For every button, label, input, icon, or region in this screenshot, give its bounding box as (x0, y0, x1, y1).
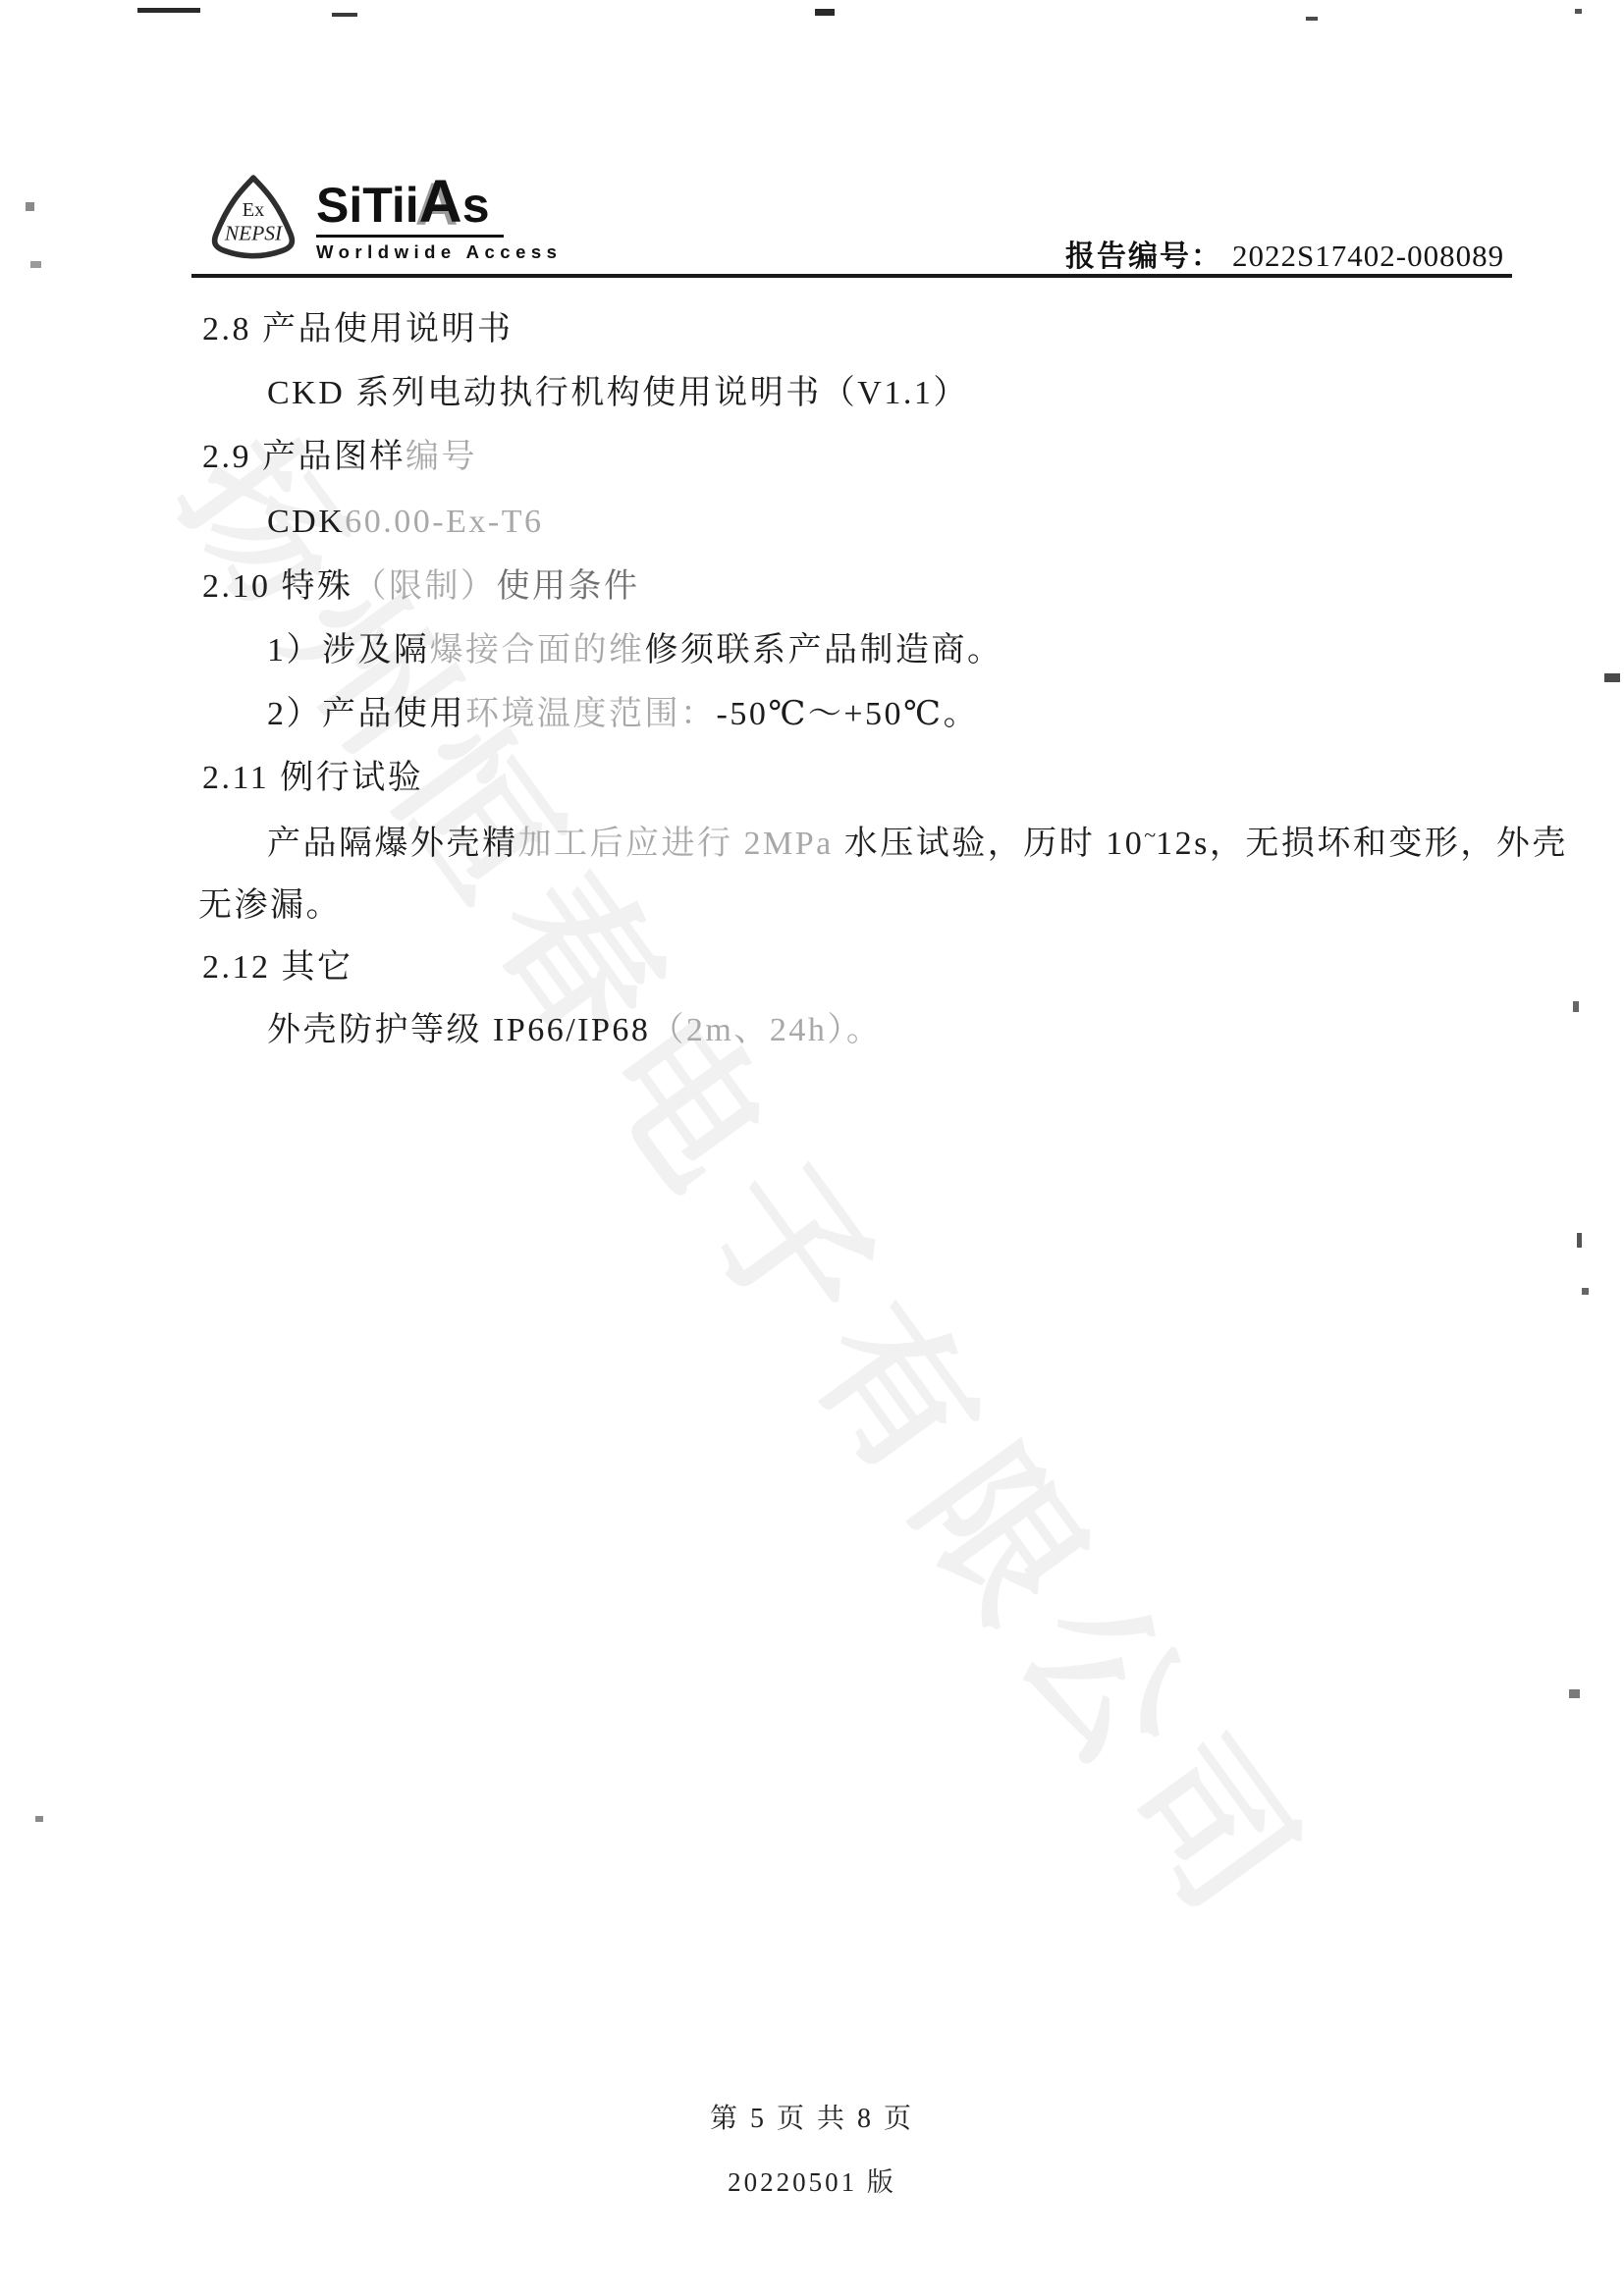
wordmark-left: SiTii (316, 178, 419, 233)
scan-speck (137, 8, 200, 13)
section-2-9-body: CDK60.00-Ex-T6 (267, 503, 543, 541)
scan-speck (35, 1816, 43, 1822)
scan-speck (30, 261, 41, 268)
section-2-11-heading: 2.11 例行试验 (202, 759, 423, 797)
report-number-label: 报告编号： (1065, 240, 1222, 273)
brand-tagline: Worldwide Access (316, 241, 562, 263)
page-indicator: 第 5 页 共 8 页 (0, 2097, 1624, 2136)
section-2-10-item-2: 2）产品使用环境温度范围：-50℃～+50℃。 (267, 695, 979, 733)
wordmark-right: s (462, 178, 490, 233)
report-number-line: 报告编号：2022S17402-008089 (1065, 232, 1504, 275)
badge-ex-text: Ex (243, 199, 265, 221)
version-label: 20220501 版 (0, 2161, 1624, 2199)
section-2-12-body: 外壳防护等级 IP66/IP68（2m、24h）。 (267, 1011, 882, 1049)
section-2-11-body-line-1: 产品隔爆外壳精加工后应进行 2MPa 水压试验，历时 10~12s，无损坏和变形… (267, 823, 1568, 863)
section-2-9-heading: 2.9 产品图样编号 (202, 438, 477, 476)
scan-speck (332, 13, 357, 17)
company-watermark: 扬州恒春电子有限公司 (138, 388, 1369, 1964)
badge-nepsi-text: NEPSI (224, 221, 283, 244)
section-2-10-item-1: 1）涉及隔爆接合面的维修须联系产品制造商。 (267, 631, 1003, 669)
section-2-12-heading: 2.12 其它 (202, 948, 353, 987)
scan-speck (1582, 1288, 1589, 1295)
section-2-8-heading: 2.8 产品使用说明书 (202, 310, 514, 348)
section-2-11-body-line-2: 无渗漏。 (198, 886, 342, 925)
sitiias-wordmark: SiTiiAs (316, 181, 504, 238)
report-number-value: 2022S17402-008089 (1232, 239, 1504, 273)
scan-speck (1604, 673, 1620, 682)
wordmark-a-triangle: A (419, 168, 462, 235)
ex-nepsi-logo: Ex NEPSI (201, 173, 305, 265)
tilde-superscript: ~ (1144, 823, 1156, 847)
header-divider (191, 274, 1512, 278)
scanned-report-page: 扬州恒春电子有限公司 Ex NEPSI SiTiiAs Worldwide Ac… (0, 0, 1624, 2296)
scan-speck (1569, 1689, 1580, 1698)
section-2-10-heading: 2.10 特殊（限制）使用条件 (202, 567, 640, 606)
scan-speck (815, 9, 835, 16)
scan-speck (1573, 1001, 1579, 1012)
section-2-8-body: CKD 系列电动执行机构使用说明书（V1.1） (267, 374, 969, 412)
scan-speck (26, 202, 34, 211)
scan-speck (1577, 1233, 1582, 1248)
scan-speck (1575, 9, 1582, 14)
brand-block: SiTiiAs Worldwide Access (316, 181, 562, 263)
scan-speck (1306, 17, 1318, 21)
